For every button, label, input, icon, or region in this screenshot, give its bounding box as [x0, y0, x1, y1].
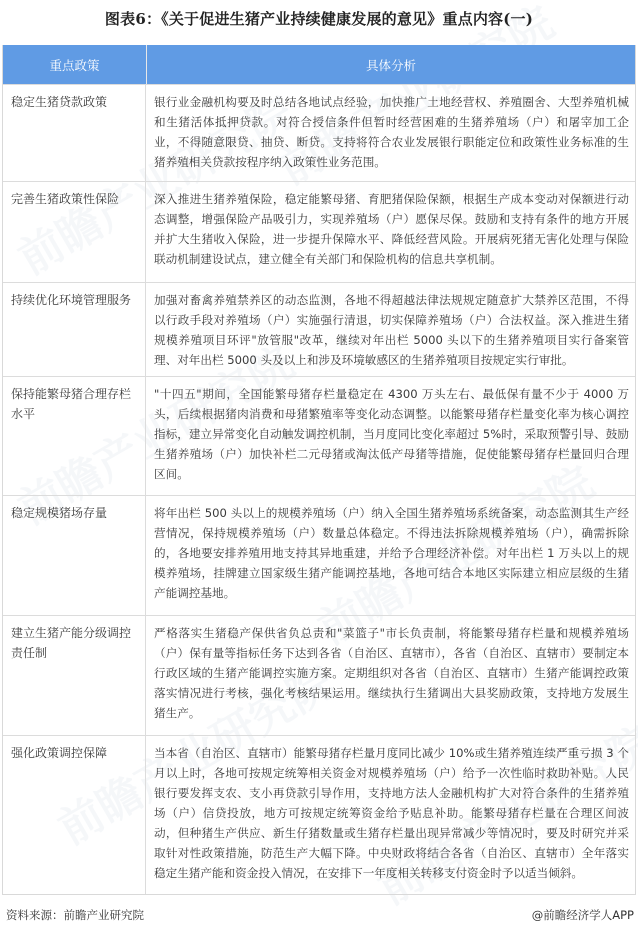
analysis-cell: 将年出栏 500 头以上的规模养殖场（户）纳入全国生猪养殖场系统备案，动态监测其… [146, 496, 635, 615]
table-row: 完善生猪政策性保险 深入推进生猪养殖保险，稳定能繁母猪、育肥猪保险保额，根据生产… [3, 181, 635, 282]
analysis-cell: 银行业金融机构要及时总结各地试点经验，加快推广土地经营权、养殖圈舍、大型养殖机械… [146, 85, 635, 181]
table-row: 建立生猪产能分级调控责任制 严格落实生猪稳产保供省负总责和"菜篮子"市长负责制，… [3, 615, 635, 735]
table-row: 稳定生猪贷款政策 银行业金融机构要及时总结各地试点经验，加快推广土地经营权、养殖… [3, 84, 635, 181]
table-row: 强化政策调控保障 当本省（自治区、直辖市）能繁母猪存栏量月度同比减少 10%或生… [3, 735, 635, 894]
source-note: 资料来源：前瞻产业研究院 [6, 907, 144, 923]
policy-table: 重点政策 具体分析 稳定生猪贷款政策 银行业金融机构要及时总结各地试点经验，加快… [2, 45, 636, 895]
table-header-row: 重点政策 具体分析 [3, 45, 635, 84]
analysis-cell: 当本省（自治区、直辖市）能繁母猪存栏量月度同比减少 10%或生猪养殖连续严重亏损… [146, 736, 635, 894]
header-analysis: 具体分析 [147, 45, 635, 84]
table-row: 保持能繁母猪合理存栏水平 "十四五"期间，全国能繁母猪存栏量稳定在 4300 万… [3, 376, 635, 495]
analysis-cell: "十四五"期间，全国能繁母猪存栏量稳定在 4300 万头左右、最低保有量不少于 … [146, 377, 635, 495]
credit-note: @前瞻经济学人APP [532, 907, 634, 923]
analysis-cell: 加强对畜禽养殖禁养区的动态监测，各地不得超越法律法规规定随意扩大禁养区范围，不得… [146, 283, 635, 376]
figure-title: 图表6：《关于促进生猪产业持续健康发展的意见》重点内容(一) [0, 8, 638, 29]
policy-cell: 稳定生猪贷款政策 [3, 85, 146, 181]
analysis-cell: 严格落实生猪稳产保供省负总责和"菜篮子"市长负责制，将能繁母猪存栏量和规模养殖场… [146, 616, 635, 735]
policy-cell: 完善生猪政策性保险 [3, 182, 146, 282]
table-row: 持续优化环境管理服务 加强对畜禽养殖禁养区的动态监测，各地不得超越法律法规规定随… [3, 282, 635, 376]
analysis-cell: 深入推进生猪养殖保险，稳定能繁母猪、育肥猪保险保额，根据生产成本变动对保额进行动… [146, 182, 635, 282]
policy-cell: 持续优化环境管理服务 [3, 283, 146, 376]
policy-cell: 保持能繁母猪合理存栏水平 [3, 377, 146, 495]
policy-cell: 强化政策调控保障 [3, 736, 146, 894]
policy-cell: 稳定规模猪场存量 [3, 496, 146, 615]
policy-cell: 建立生猪产能分级调控责任制 [3, 616, 146, 735]
footer: 资料来源：前瞻产业研究院 @前瞻经济学人APP [6, 907, 634, 923]
table-row: 稳定规模猪场存量 将年出栏 500 头以上的规模养殖场（户）纳入全国生猪养殖场系… [3, 495, 635, 615]
header-policy: 重点政策 [3, 45, 147, 84]
